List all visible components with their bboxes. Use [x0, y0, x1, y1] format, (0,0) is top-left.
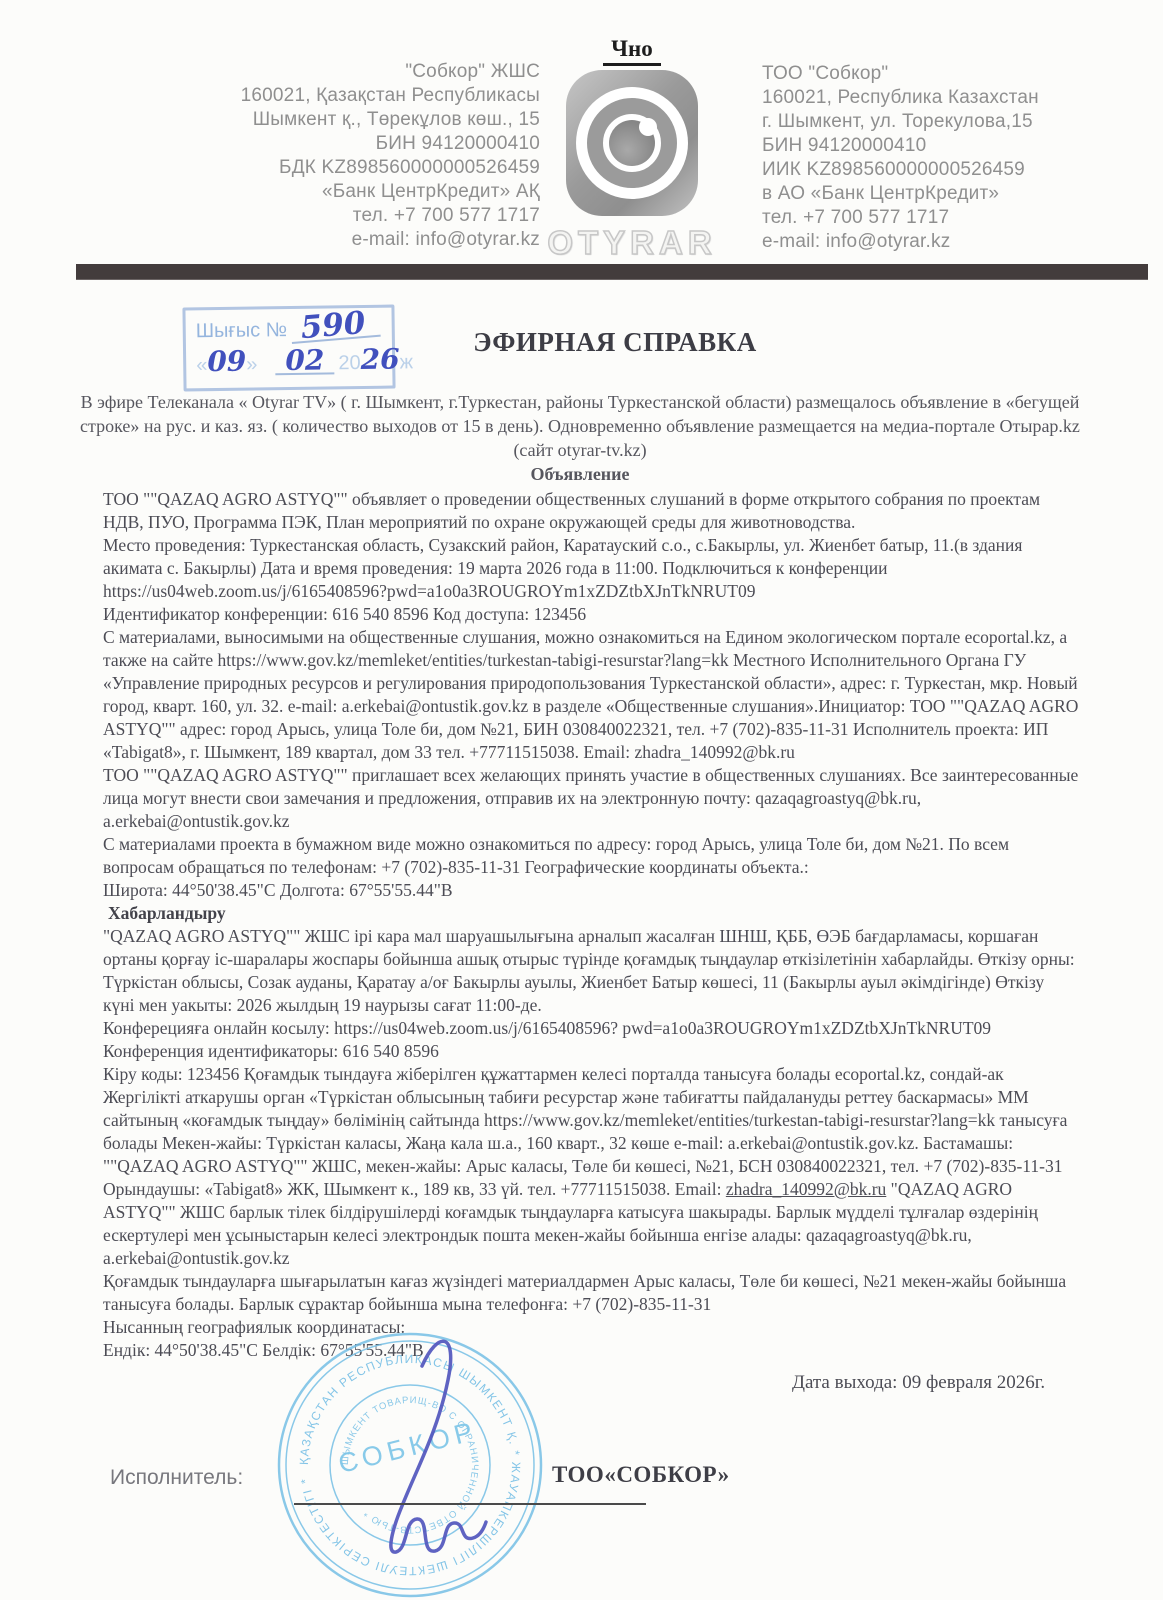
logo-top-text: Чно — [603, 36, 661, 66]
ru-paragraph: ТОО ""QAZAQ AGRO ASTYQ"" приглашает всех… — [103, 764, 1079, 833]
company-name-ru: ТОО "Собкор" — [762, 62, 1102, 86]
stamp-number-row: Шығыс № 590 — [196, 312, 384, 344]
company-signature-name: ТОО«СОБКОР» — [552, 1462, 730, 1488]
kk-paragraph: Қоғамдык тындауларға шығарылатын кағаз ж… — [103, 1270, 1079, 1316]
kk-coordinates-label: Нысанның географиялык координатасы: — [103, 1316, 1079, 1339]
bank-name-kk: «Банк ЦентрКредит» АҚ — [0, 180, 540, 204]
ru-paragraph: Место проведения: Туркестанская область,… — [103, 534, 1079, 603]
kk-paragraph: "QAZAQ AGRO ASTYQ"" ЖШС ірі кара мал шар… — [103, 925, 1079, 1017]
ru-coordinates: Широта: 44°50'38.45"С Долгота: 67°55'55.… — [103, 879, 1079, 902]
email-ru: e-mail: info@otyrar.kz — [762, 230, 1102, 254]
stamp-year-printed: 20 — [338, 352, 361, 374]
section-heading-kk: Хабарландыру — [103, 902, 1079, 925]
bank-name-ru: в АО «Банк ЦентрКредит» — [762, 182, 1102, 206]
intro-paragraph: В эфире Телеканала « Otyrar TV» ( г. Шым… — [72, 390, 1088, 462]
stamp-number-handwritten: 590 — [290, 309, 381, 344]
stamp-quote-close: » — [246, 353, 257, 375]
header-divider-bar — [76, 264, 1148, 279]
kk-paragraph: Конферецияға онлайн косылу: https://us04… — [103, 1017, 1079, 1063]
document-body: ТОО ""QAZAQ AGRO ASTYQ"" объявляет о про… — [103, 488, 1079, 1362]
postal-code-kk: 160021, Қазақстан Республикасы — [0, 84, 540, 108]
company-name-kk: "Собкор" ЖШС — [0, 60, 540, 84]
document-title: ЭФИРНАЯ СПРАВКА — [440, 327, 790, 358]
kk-paragraph: Кіру коды: 123456 Қоғамдык тындауға жібе… — [103, 1063, 1079, 1270]
seal-rings — [279, 1334, 541, 1596]
bank-account-ru: ИИК KZ898560000000526459 — [762, 158, 1102, 182]
kk-email-underlined: zhadra_140992@bk.ru — [726, 1179, 886, 1199]
letterhead-left-kazakh: "Собкор" ЖШС 160021, Қазақстан Республик… — [0, 60, 540, 252]
postal-code-ru: 160021, Республика Казахстан — [762, 86, 1102, 110]
otyrar-eye-logo-icon — [566, 70, 698, 216]
letterhead-right-russian: ТОО "Собкор" 160021, Республика Казахста… — [762, 62, 1102, 254]
scanned-document-page: "Собкор" ЖШС 160021, Қазақстан Республик… — [0, 0, 1163, 1600]
outgoing-number-stamp: Шығыс № 590 «09» 02 2026ж — [182, 305, 395, 392]
logo-pupil — [609, 120, 655, 166]
address-ru: г. Шымкент, ул. Торекулова,15 — [762, 110, 1102, 134]
stamp-year-handwritten: 26 — [360, 342, 399, 376]
company-seal: ҚАЗАҚСТАН РЕСПУБЛИКАСЫ ШЫМКЕНТ Қ. * ЖАУА… — [270, 1328, 550, 1600]
otyrar-wordmark: OTYRAR — [543, 224, 721, 262]
phone-ru: тел. +7 700 577 1717 — [762, 206, 1102, 230]
stamp-year-suffix: ж — [399, 351, 413, 373]
kk-coordinates: Ендік: 44°50'38.45"С Белдік: 67°55'55.44… — [103, 1339, 1079, 1362]
issue-date: Дата выхода: 09 февраля 2026г. — [792, 1372, 1045, 1394]
email-kk: e-mail: info@otyrar.kz — [0, 228, 540, 252]
signature-line — [294, 1503, 646, 1505]
ru-paragraph: ТОО ""QAZAQ AGRO ASTYQ"" объявляет о про… — [103, 488, 1079, 534]
intro-block: В эфире Телеканала « Otyrar TV» ( г. Шым… — [72, 390, 1088, 486]
stamp-quote-open: « — [196, 354, 207, 376]
stamp-month-handwritten: 02 — [275, 348, 334, 375]
ru-paragraph: Идентификатор конференции: 616 540 8596 … — [103, 603, 1079, 626]
ru-paragraph: С материалами, выносимыми на общественны… — [103, 626, 1079, 764]
section-heading-ru: Объявление — [72, 462, 1088, 486]
svg-text:ҚАЗАҚСТАН РЕСПУБЛИКАСЫ ШЫМКЕНТ: ҚАЗАҚСТАН РЕСПУБЛИКАСЫ ШЫМКЕНТ Қ. * ЖАУА… — [297, 1352, 523, 1578]
bank-account-kk: БДК KZ898560000000526459 — [0, 156, 540, 180]
bin-kk: БИН 94120000410 — [0, 132, 540, 156]
seal-outer-ring-text: ҚАЗАҚСТАН РЕСПУБЛИКАСЫ ШЫМКЕНТ Қ. * ЖАУА… — [297, 1352, 523, 1578]
ru-paragraph: С материалами проекта в бумажном виде мо… — [103, 833, 1079, 879]
stamp-date-row: «09» 02 2026ж — [196, 343, 384, 379]
executor-label: Исполнитель: — [110, 1466, 243, 1490]
bin-ru: БИН 94120000410 — [762, 134, 1102, 158]
address-kk: Шымкент қ., Төрекұлов көш., 15 — [0, 108, 540, 132]
stamp-day-handwritten: 09 — [207, 345, 246, 379]
stamp-label: Шығыс № — [196, 319, 288, 342]
logo-block: Чно OTYRAR — [543, 36, 721, 262]
phone-kk: тел. +7 700 577 1717 — [0, 204, 540, 228]
logo-outer-circle — [576, 87, 688, 199]
